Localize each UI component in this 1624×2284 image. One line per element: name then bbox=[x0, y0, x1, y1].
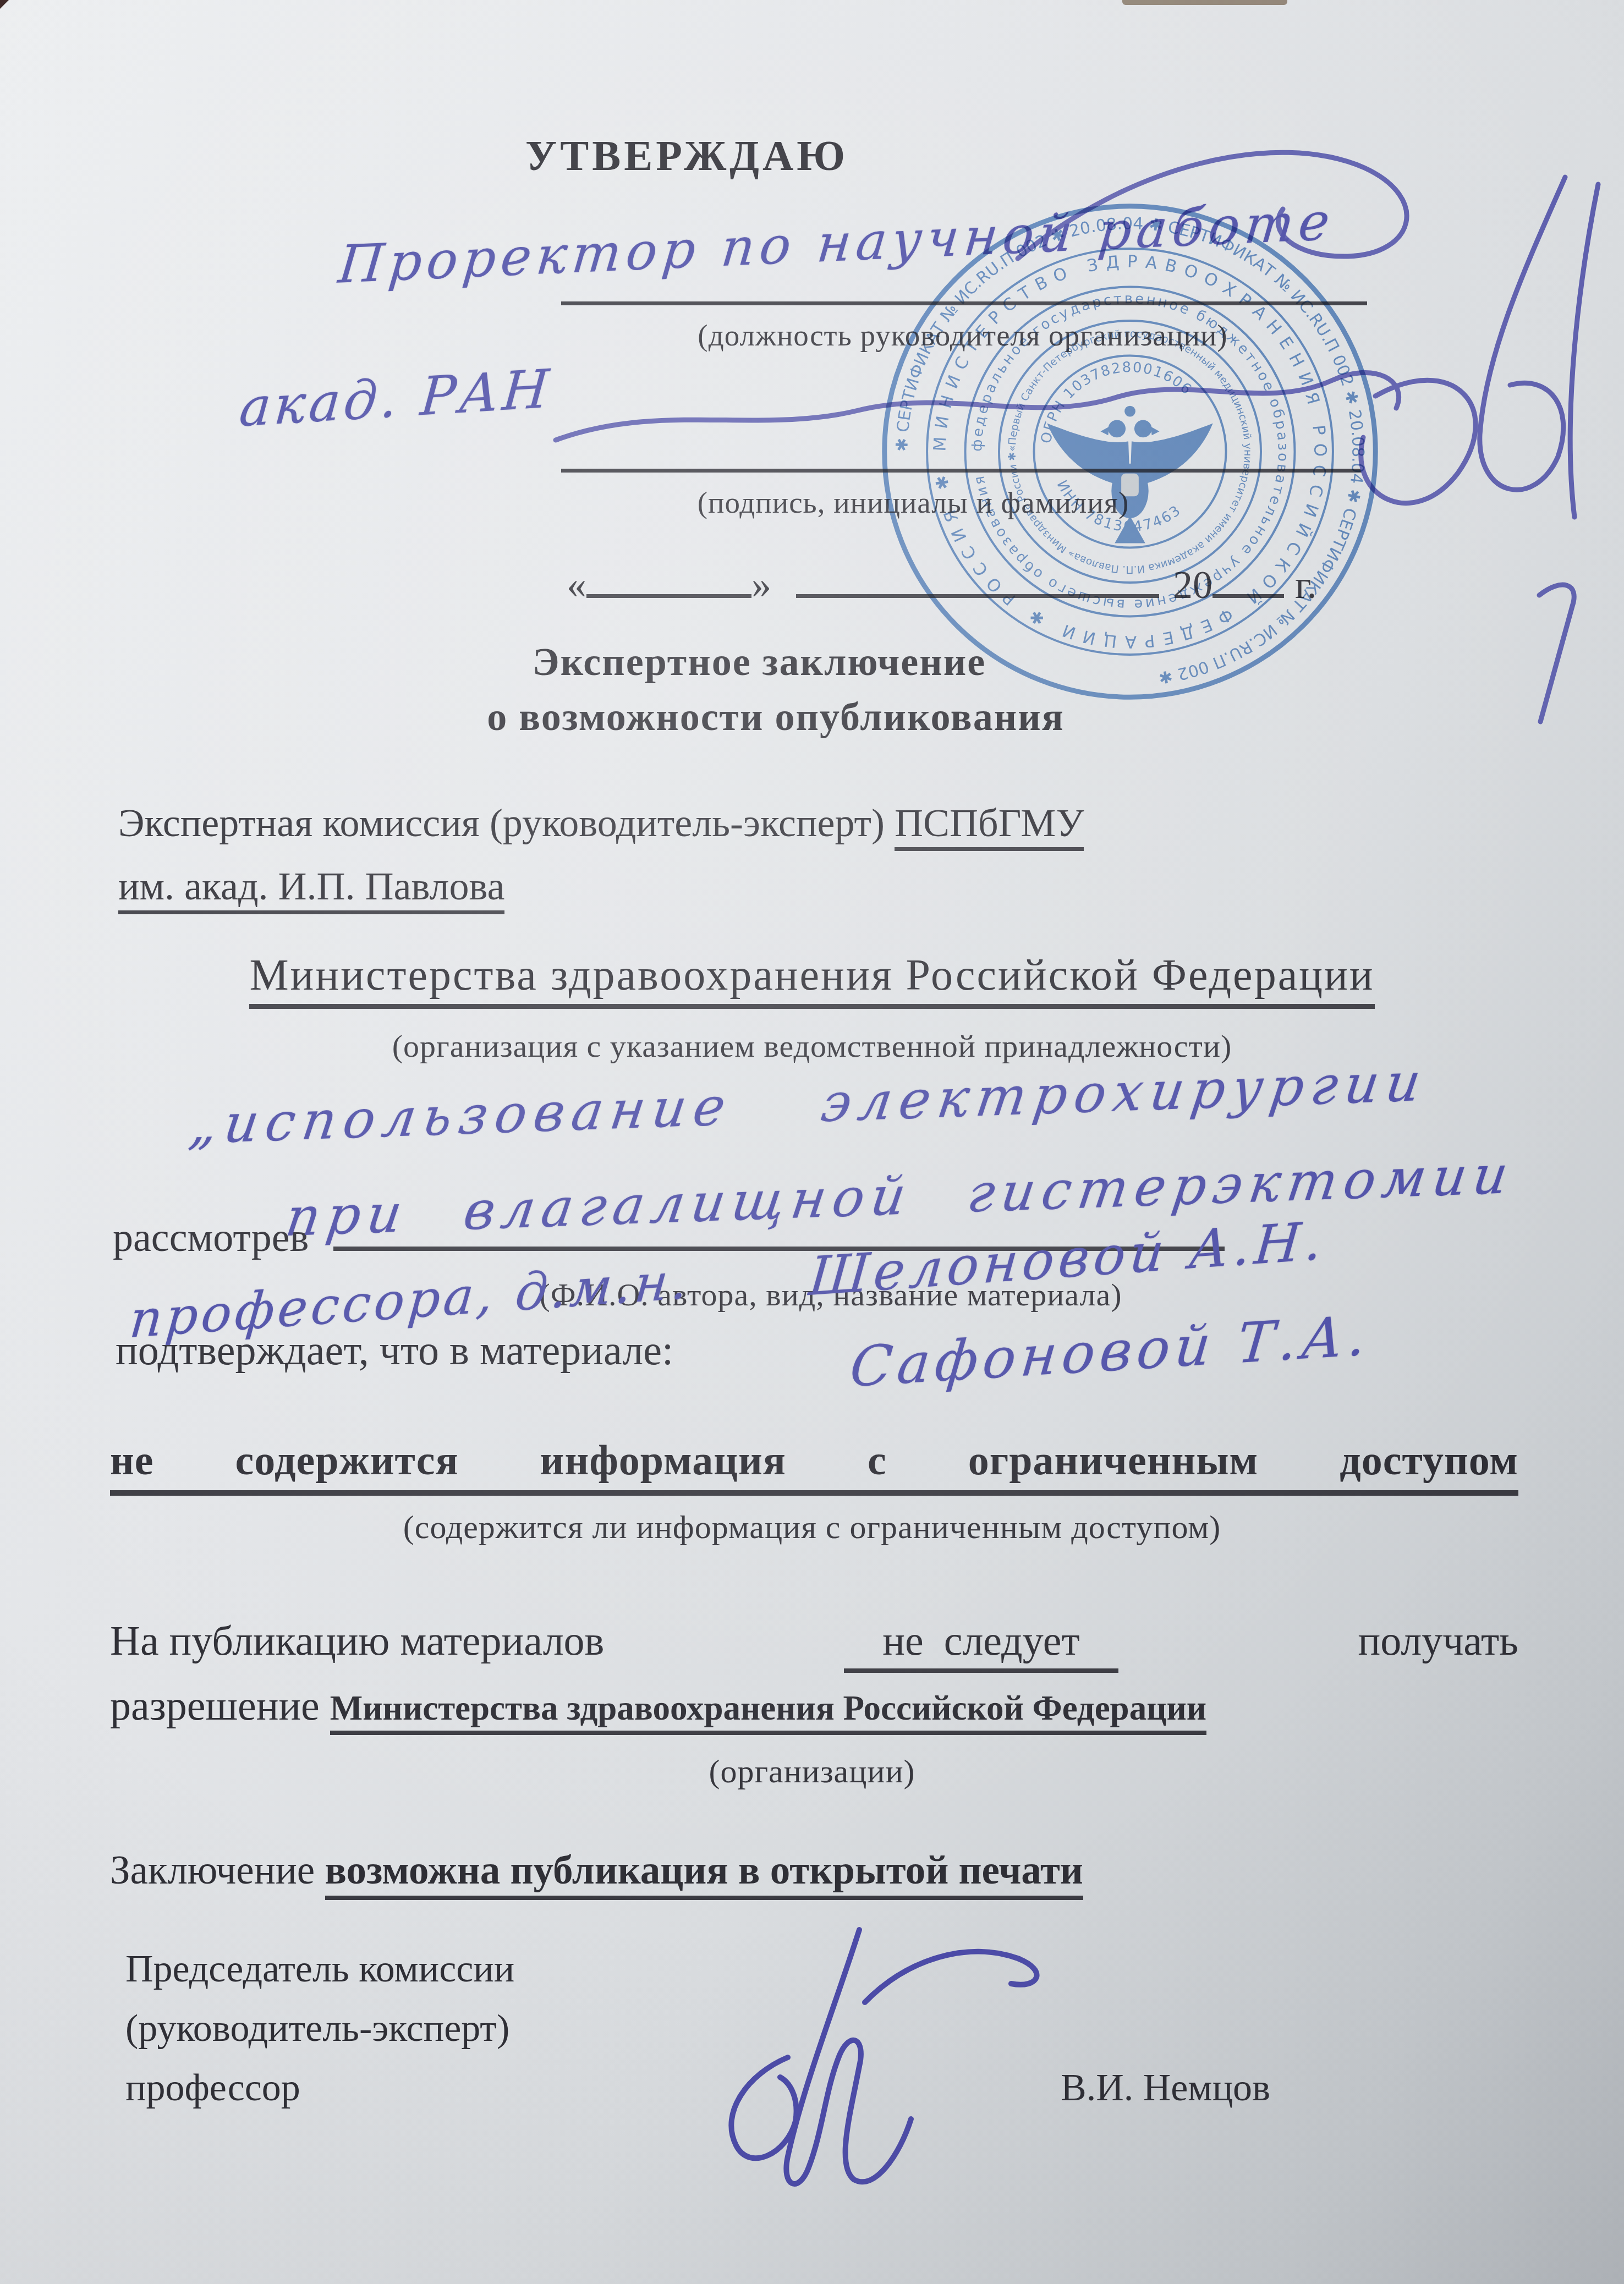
handwritten-approver: акад. РАН bbox=[237, 358, 555, 438]
signatory-line3: профессор bbox=[125, 2066, 300, 2110]
scanned-document-page: { "document": { "approve_label": "УТВЕРЖ… bbox=[0, 0, 1624, 2284]
flourish-right-stroke-icon bbox=[1570, 184, 1598, 517]
publication-suffix: получать bbox=[1358, 1617, 1518, 1665]
stamp-outer-ring bbox=[885, 206, 1376, 698]
publication-line: На публикацию материалов не следует полу… bbox=[110, 1617, 1518, 1673]
date-day-blank bbox=[586, 562, 751, 598]
flourish-right-loop-icon bbox=[1480, 177, 1565, 490]
signatory-name: В.И. Немцов bbox=[1061, 2066, 1270, 2110]
chairman-signature-icon bbox=[786, 1930, 911, 2184]
restricted-caption: (содержится ли информация с ограниченным… bbox=[0, 1508, 1624, 1546]
ministry-line-wrap: Министерства здравоохранения Российской … bbox=[0, 951, 1624, 1001]
stamp-eagle-icon bbox=[1047, 406, 1212, 543]
commission-org-cont: им. акад. И.П. Павлова bbox=[118, 864, 504, 914]
permission-org: Министерства здравоохранения Российской … bbox=[330, 1689, 1206, 1735]
signatory-line2: (руководитель-эксперт) bbox=[125, 2007, 509, 2051]
chairman-signature-tail-icon bbox=[865, 1952, 1037, 2002]
restricted-line: не содержится информация с ограниченным … bbox=[110, 1437, 1518, 1496]
permission-caption: (организации) bbox=[0, 1753, 1624, 1791]
commission-line: Экспертная комиссия (руководитель-экспер… bbox=[118, 800, 1084, 846]
photo-corner-artifact bbox=[0, 0, 9, 9]
conclusion-label: Заключение bbox=[110, 1848, 325, 1892]
restricted-line-wrap: не содержится информация с ограниченным … bbox=[110, 1437, 1518, 1485]
signatory-line1: Председатель комиссии bbox=[125, 1947, 514, 1991]
publication-underlined: не следует bbox=[844, 1617, 1118, 1673]
chairman-signature-loop-icon bbox=[731, 2057, 796, 2158]
approve-label: УТВЕРЖДАЮ bbox=[525, 131, 848, 180]
photo-edge-artifact bbox=[1122, 0, 1287, 5]
handwritten-material-line1: „использование электрохирургии bbox=[186, 1051, 1432, 1156]
commission-org: ПСПбГМУ bbox=[895, 801, 1084, 851]
conclusion-line: Заключение возможна публикация в открыто… bbox=[110, 1847, 1083, 1893]
commission-line2: им. акад. И.П. Павлова bbox=[118, 864, 504, 909]
reviewed-label: рассмотрев bbox=[113, 1215, 309, 1260]
round-stamp: ✱ СЕРТИФИКАТ № ИС.RU.П 002 ✱ 20.08.04 ✱ … bbox=[868, 190, 1392, 713]
date-open-quote: « bbox=[567, 563, 586, 607]
handwritten-author2: Сафоновой Т.А. bbox=[847, 1303, 1374, 1400]
permission-prefix: разрешение bbox=[110, 1683, 330, 1729]
stamp-ring-ministry: МИНИСТЕРСТВО ЗДРАВООХРАНЕНИЯ РОССИЙСКОЙ … bbox=[930, 251, 1330, 651]
date-close-quote: » bbox=[751, 563, 771, 607]
commission-prefix: Экспертная комиссия (руководитель-экспер… bbox=[118, 801, 895, 845]
conclusion-value: возможна публикация в открытой печати bbox=[325, 1848, 1083, 1900]
permission-line: разрешение Министерства здравоохранения … bbox=[110, 1682, 1206, 1730]
svg-text:МИНИСТЕРСТВО ЗДРАВООХРАНЕНИЯ Р: МИНИСТЕРСТВО ЗДРАВООХРАНЕНИЯ РОССИЙСКОЙ … bbox=[930, 251, 1330, 651]
ministry-line: Министерства здравоохранения Российской … bbox=[249, 951, 1374, 1009]
publication-prefix: На публикацию материалов bbox=[110, 1617, 604, 1665]
